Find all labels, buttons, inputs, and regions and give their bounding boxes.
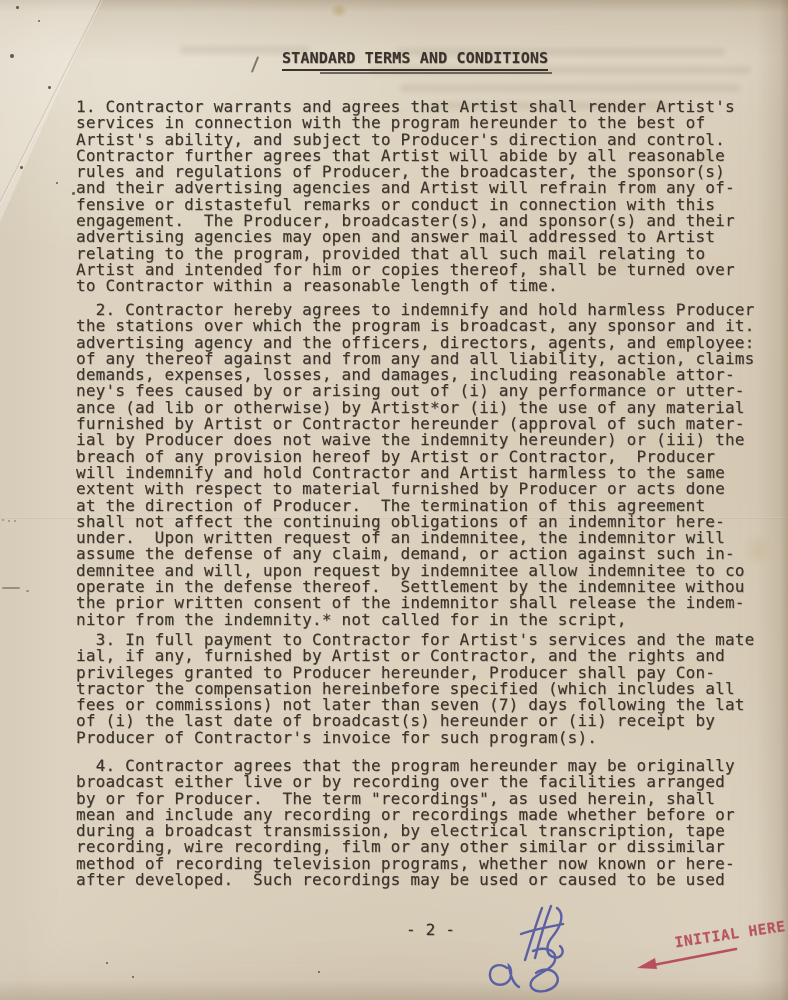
stamp-arrow-left-icon — [629, 944, 741, 972]
paper-speck — [20, 166, 23, 169]
paper-stain — [330, 3, 348, 18]
paper-speck — [106, 962, 108, 964]
pencil-margin-mark — [2, 587, 20, 589]
terms-paragraph-4: 4. Contractor agrees that the program he… — [76, 758, 735, 888]
terms-paragraph-3: 3. In full payment to Contractor for Art… — [76, 632, 754, 746]
pencil-margin-mark — [26, 590, 29, 592]
handwritten-initials — [485, 896, 580, 996]
paper-speck — [16, 6, 19, 9]
paper-speck — [38, 20, 40, 22]
paper-speck — [72, 192, 75, 195]
pencil-margin-mark — [2, 519, 4, 521]
paper-speck — [10, 54, 14, 58]
paper-speck — [132, 976, 134, 978]
document-title: STANDARD TERMS AND CONDITIONS — [282, 49, 548, 71]
paper-speck — [56, 182, 58, 184]
pencil-margin-mark — [8, 520, 10, 522]
terms-paragraph-2: 2. Contractor hereby agrees to indemnify… — [76, 302, 754, 628]
terms-paragraph-1: 1. Contractor warrants and agrees that A… — [76, 99, 735, 295]
bleed-through-text — [400, 84, 740, 92]
page-number: - 2 - — [406, 920, 455, 939]
paper-speck — [48, 86, 51, 89]
ink-tick-mark — [251, 56, 259, 73]
pencil-margin-mark — [14, 520, 16, 522]
scanned-document-page: STANDARD TERMS AND CONDITIONS 1. Contrac… — [0, 0, 788, 1000]
paper-speck — [318, 971, 320, 973]
